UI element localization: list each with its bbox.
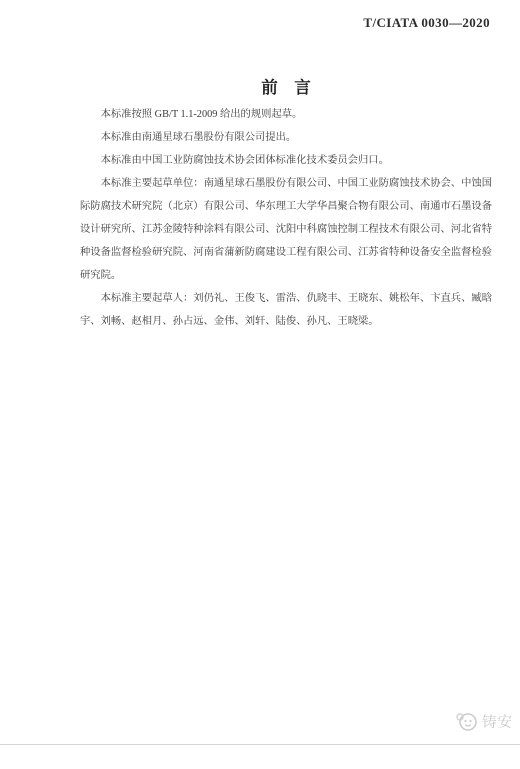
document-page: T/CIATA 0030—2020 前 言 本标准按照 GB/T 1.1-200… <box>0 0 520 745</box>
paragraph-drafting-rule: 本标准按照 GB/T 1.1-2009 给出的规则起草。 <box>80 103 492 126</box>
mascot-face-icon <box>455 710 479 732</box>
paragraph-centralized-by: 本标准由中国工业防腐蚀技术协会团体标准化技术委员会归口。 <box>80 149 492 172</box>
paragraph-drafters: 本标准主要起草人：刘仍礼、王俊飞、雷浩、仇晓丰、王晓东、姚松年、卞直兵、臧晗宇、… <box>80 287 492 333</box>
page-title: 前 言 <box>80 74 492 98</box>
page-bottom-margin <box>0 745 520 769</box>
watermark: 铸安 <box>455 710 513 732</box>
standard-number: T/CIATA 0030—2020 <box>363 15 490 31</box>
paragraph-drafting-organizations: 本标准主要起草单位：南通星球石墨股份有限公司、中国工业防腐蚀技术协会、中蚀国际防… <box>80 172 492 287</box>
paragraph-proposed-by: 本标准由南通星球石墨股份有限公司提出。 <box>80 126 492 149</box>
watermark-label: 铸安 <box>482 711 513 732</box>
document-body: 本标准按照 GB/T 1.1-2009 给出的规则起草。 本标准由南通星球石墨股… <box>80 103 492 333</box>
